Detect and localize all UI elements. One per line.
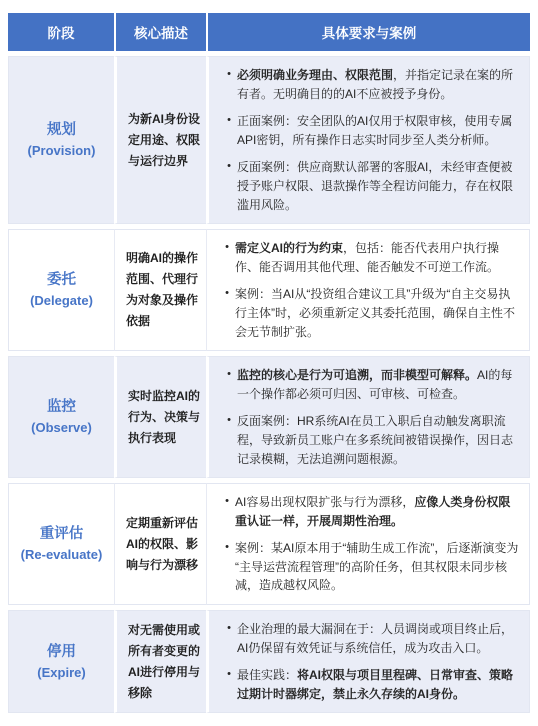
- phase-cell: 规划(Provision): [8, 56, 114, 224]
- description-cell: 实时监控AI的行为、决策与执行表现: [114, 356, 206, 478]
- header-description: 核心描述: [114, 13, 206, 51]
- header-details: 具体要求与案例: [206, 13, 530, 51]
- bullet-item: •必须明确业务理由、权限范围，并指定记录在案的所有者。无明确目的的AI不应被授予…: [221, 66, 519, 103]
- bullet-text: 必须明确业务理由、权限范围，并指定记录在案的所有者。无明确目的的AI不应被授予身…: [237, 66, 519, 103]
- ai-lifecycle-table: 阶段 核心描述 具体要求与案例 规划(Provision)为新AI身份设定用途、…: [8, 8, 530, 718]
- bullet-text: 反面案例：供应商默认部署的客服AI，未经审查便被授予账户权限、退款操作等全程访问…: [237, 158, 519, 214]
- header-phase: 阶段: [8, 13, 114, 51]
- text-segment: 必须明确业务理由、权限范围: [237, 68, 393, 82]
- bullet-text: 反面案例：HR系统AI在员工入职后自动触发离职流程，导致新员工账户在多系统间被错…: [237, 412, 519, 468]
- table-body: 规划(Provision)为新AI身份设定用途、权限与运行边界•必须明确业务理由…: [8, 56, 530, 713]
- phase-en-name: (Expire): [10, 664, 113, 682]
- table-row: 委托(Delegate)明确AI的操作范围、代理行为对象及操作依据•需定义AI的…: [8, 229, 530, 351]
- bullet-marker-icon: •: [219, 239, 235, 276]
- phase-name: 重评估: [10, 524, 113, 546]
- description-text: 定期重新评估AI的权限、影响与行为漂移: [126, 513, 200, 576]
- details-cell: •AI容易出现权限扩张与行为漂移，应像人类身份权限重认证一样，开展周期性治理。•…: [206, 483, 530, 605]
- bullet-item: •AI容易出现权限扩张与行为漂移，应像人类身份权限重认证一样，开展周期性治理。: [219, 493, 519, 530]
- text-segment: 企业治理的最大漏洞在于：人员调岗或项目终止后，AI仍保留有效凭证与系统信任，成为…: [237, 622, 513, 655]
- bullet-item: •需定义AI的行为约束，包括：能否代表用户执行操作、能否调用其他代理、能否触发不…: [219, 239, 519, 276]
- document-page: 阶段 核心描述 具体要求与案例 规划(Provision)为新AI身份设定用途、…: [0, 0, 538, 726]
- bullet-marker-icon: •: [221, 412, 237, 468]
- bullet-item: •反面案例：供应商默认部署的客服AI，未经审查便被授予账户权限、退款操作等全程访…: [221, 158, 519, 214]
- table-header-row: 阶段 核心描述 具体要求与案例: [8, 13, 530, 51]
- text-segment: 反面案例：HR系统AI在员工入职后自动触发离职流程，导致新员工账户在多系统间被错…: [237, 414, 513, 465]
- text-segment: AI容易出现权限扩张与行为漂移，: [235, 495, 414, 509]
- text-segment: 需定义AI的行为约束: [235, 241, 343, 255]
- phase-en-name: (Provision): [10, 142, 113, 160]
- description-cell: 定期重新评估AI的权限、影响与行为漂移: [114, 483, 206, 605]
- phase-cell: 监控(Observe): [8, 356, 114, 478]
- bullet-marker-icon: •: [219, 539, 235, 595]
- phase-cell: 停用(Expire): [8, 610, 114, 713]
- bullet-text: 企业治理的最大漏洞在于：人员调岗或项目终止后，AI仍保留有效凭证与系统信任，成为…: [237, 620, 519, 657]
- bullet-text: 案例：当AI从“投资组合建议工具”升级为“自主交易执行主体”时，必须重新定义其委…: [235, 285, 519, 341]
- phase-name: 监控: [10, 397, 113, 419]
- details-cell: •企业治理的最大漏洞在于：人员调岗或项目终止后，AI仍保留有效凭证与系统信任，成…: [206, 610, 530, 713]
- table-row: 停用(Expire)对无需使用或所有者变更的AI进行停用与移除•企业治理的最大漏…: [8, 610, 530, 713]
- bullet-item: •反面案例：HR系统AI在员工入职后自动触发离职流程，导致新员工账户在多系统间被…: [221, 412, 519, 468]
- phase-cell: 重评估(Re-evaluate): [8, 483, 114, 605]
- bullet-marker-icon: •: [219, 285, 235, 341]
- description-text: 明确AI的操作范围、代理行为对象及操作依据: [126, 248, 200, 332]
- table-row: 重评估(Re-evaluate)定期重新评估AI的权限、影响与行为漂移•AI容易…: [8, 483, 530, 605]
- text-segment: 监控的核心是行为可追溯，而非模型可解释。: [237, 368, 477, 382]
- description-text: 对无需使用或所有者变更的AI进行停用与移除: [128, 620, 200, 704]
- phase-cell: 委托(Delegate): [8, 229, 114, 351]
- bullet-marker-icon: •: [219, 493, 235, 530]
- bullet-item: •案例：当AI从“投资组合建议工具”升级为“自主交易执行主体”时，必须重新定义其…: [219, 285, 519, 341]
- description-cell: 对无需使用或所有者变更的AI进行停用与移除: [114, 610, 206, 713]
- bullet-marker-icon: •: [221, 620, 237, 657]
- phase-en-name: (Delegate): [10, 292, 113, 310]
- bullet-marker-icon: •: [221, 112, 237, 149]
- bullet-marker-icon: •: [221, 666, 237, 703]
- table-row: 监控(Observe)实时监控AI的行为、决策与执行表现•监控的核心是行为可追溯…: [8, 356, 530, 478]
- bullet-marker-icon: •: [221, 366, 237, 403]
- description-text: 为新AI身份设定用途、权限与运行边界: [128, 109, 200, 172]
- table-row: 规划(Provision)为新AI身份设定用途、权限与运行边界•必须明确业务理由…: [8, 56, 530, 224]
- description-cell: 为新AI身份设定用途、权限与运行边界: [114, 56, 206, 224]
- details-cell: •需定义AI的行为约束，包括：能否代表用户执行操作、能否调用其他代理、能否触发不…: [206, 229, 530, 351]
- phase-en-name: (Re-evaluate): [10, 546, 113, 564]
- details-cell: •必须明确业务理由、权限范围，并指定记录在案的所有者。无明确目的的AI不应被授予…: [206, 56, 530, 224]
- bullet-marker-icon: •: [221, 66, 237, 103]
- text-segment: 案例：当AI从“投资组合建议工具”升级为“自主交易执行主体”时，必须重新定义其委…: [235, 287, 515, 338]
- phase-en-name: (Observe): [10, 419, 113, 437]
- phase-name: 停用: [10, 642, 113, 664]
- bullet-text: 监控的核心是行为可追溯，而非模型可解释。AI的每一个操作都必须可归因、可审核、可…: [237, 366, 519, 403]
- bullet-item: •案例：某AI原本用于“辅助生成工作流”，后逐渐演变为“主导运营流程管理”的高阶…: [219, 539, 519, 595]
- bullet-marker-icon: •: [221, 158, 237, 214]
- bullet-item: •最佳实践：将AI权限与项目里程碑、日常审查、策略过期计时器绑定，禁止永久存续的…: [221, 666, 519, 703]
- bullet-text: 需定义AI的行为约束，包括：能否代表用户执行操作、能否调用其他代理、能否触发不可…: [235, 239, 519, 276]
- bullet-text: 案例：某AI原本用于“辅助生成工作流”，后逐渐演变为“主导运营流程管理”的高阶任…: [235, 539, 519, 595]
- bullet-text: AI容易出现权限扩张与行为漂移，应像人类身份权限重认证一样，开展周期性治理。: [235, 493, 519, 530]
- text-segment: 最佳实践：: [237, 668, 297, 682]
- details-cell: •监控的核心是行为可追溯，而非模型可解释。AI的每一个操作都必须可归因、可审核、…: [206, 356, 530, 478]
- description-cell: 明确AI的操作范围、代理行为对象及操作依据: [114, 229, 206, 351]
- phase-name: 委托: [10, 270, 113, 292]
- bullet-item: •正面案例：安全团队的AI仅用于权限审核，使用专属API密钥，所有操作日志实时同…: [221, 112, 519, 149]
- description-text: 实时监控AI的行为、决策与执行表现: [128, 386, 200, 449]
- bullet-text: 最佳实践：将AI权限与项目里程碑、日常审查、策略过期计时器绑定，禁止永久存续的A…: [237, 666, 519, 703]
- bullet-text: 正面案例：安全团队的AI仅用于权限审核，使用专属API密钥，所有操作日志实时同步…: [237, 112, 519, 149]
- text-segment: 正面案例：安全团队的AI仅用于权限审核，使用专属API密钥，所有操作日志实时同步…: [237, 114, 512, 147]
- bullet-item: •企业治理的最大漏洞在于：人员调岗或项目终止后，AI仍保留有效凭证与系统信任，成…: [221, 620, 519, 657]
- text-segment: 案例：某AI原本用于“辅助生成工作流”，后逐渐演变为“主导运营流程管理”的高阶任…: [235, 541, 518, 592]
- bullet-item: •监控的核心是行为可追溯，而非模型可解释。AI的每一个操作都必须可归因、可审核、…: [221, 366, 519, 403]
- phase-name: 规划: [10, 120, 113, 142]
- text-segment: 反面案例：供应商默认部署的客服AI，未经审查便被授予账户权限、退款操作等全程访问…: [237, 160, 513, 211]
